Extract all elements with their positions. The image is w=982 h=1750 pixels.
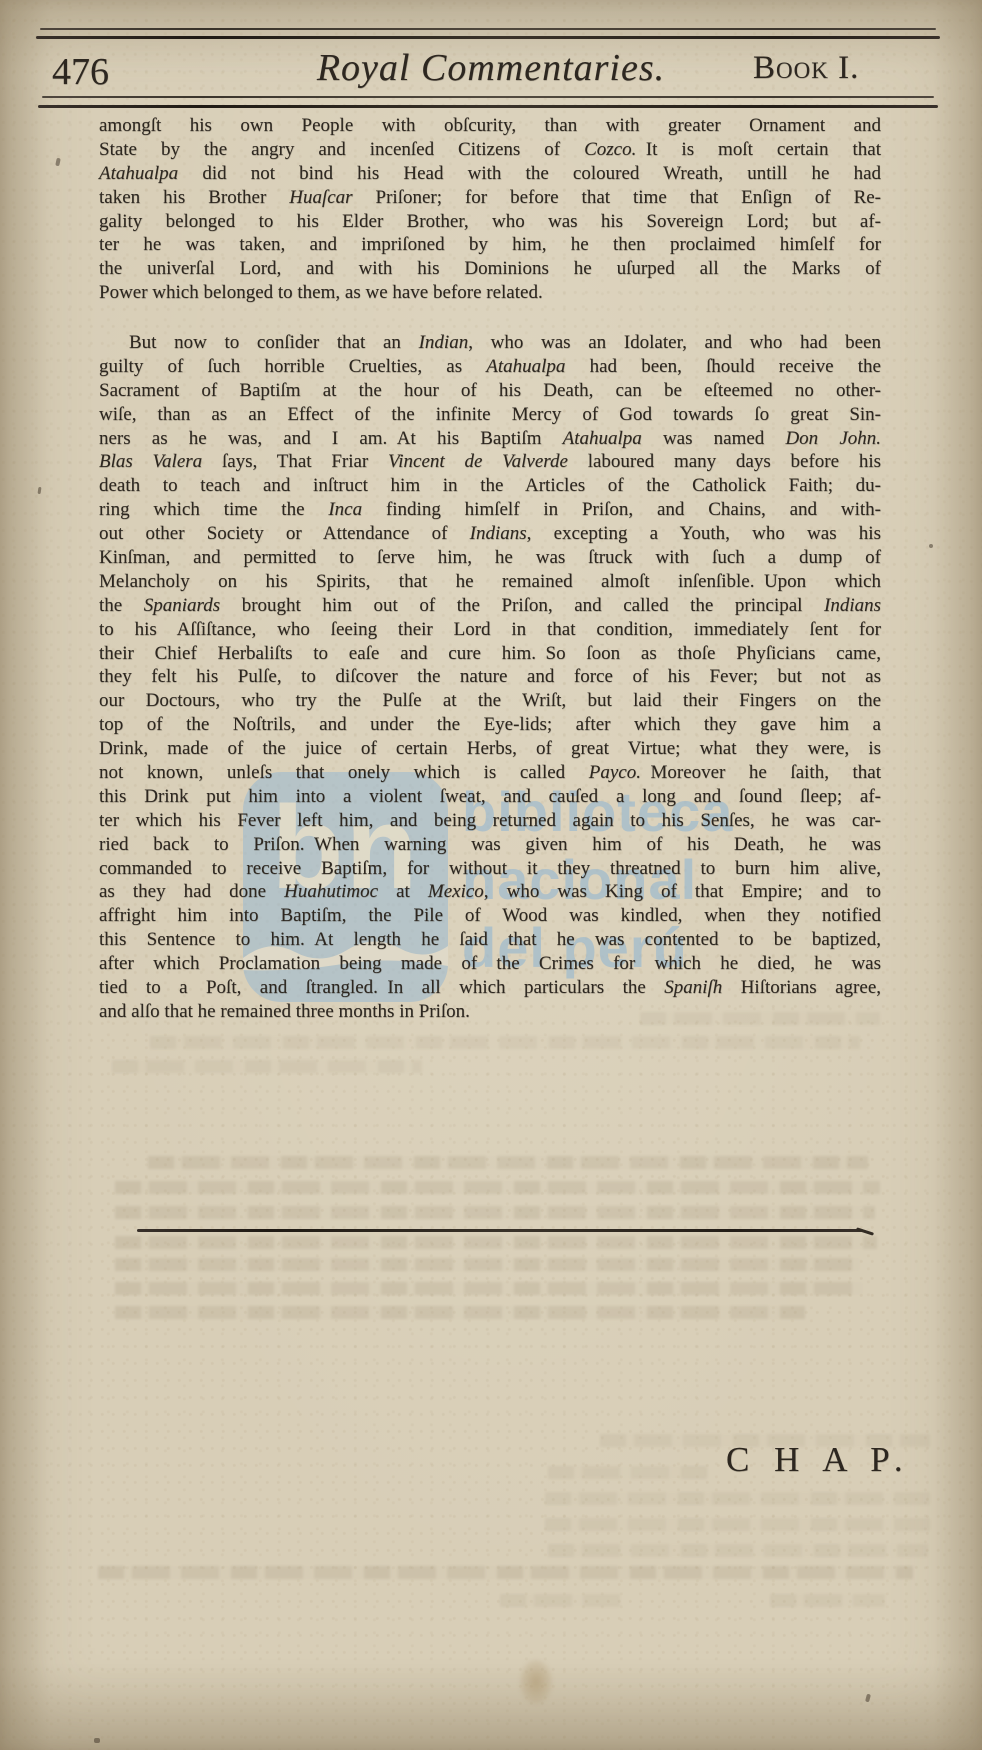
text-line: death to teach and inſtruct him in the A… — [99, 474, 881, 498]
text-line: after which Proclamation being made of t… — [99, 952, 881, 976]
text-line: taken his Brother Huaſcar Priſoner; for … — [99, 186, 881, 210]
text-line: wiſe, than as an Effect of the infinite … — [99, 403, 881, 427]
text-line: as they had done Huahutimoc at Mexico, w… — [99, 880, 881, 904]
text-line: out other Society or Attendance of India… — [99, 522, 881, 546]
header-rule-thick — [38, 105, 938, 108]
text-line: affright him into Baptiſm, the Pile of W… — [99, 904, 881, 928]
text-line: to his Aſſiſtance, who ſeeing their Lord… — [99, 618, 881, 642]
top-rule-thick — [36, 36, 940, 39]
text-line: amongſt his own People with obſcurity, t… — [99, 114, 881, 138]
text-line: ter he was taken, and impriſoned by him,… — [99, 233, 881, 257]
body-paragraph-1: amongſt his own People with obſcurity, t… — [99, 114, 881, 305]
text-line: Kinſman, and permitted to ſerve him, he … — [99, 546, 881, 570]
top-rule-thin — [40, 28, 936, 30]
text-line: Drink, made of the juice of certain Herb… — [99, 737, 881, 761]
catchword: C H A P. — [726, 1440, 911, 1480]
text-line: their Chief Herbaliſts to eaſe and cure … — [99, 642, 881, 666]
text-line: But now to conſider that an Indian, who … — [99, 331, 881, 355]
text-line: not known, unleſs that onely which is ca… — [99, 761, 881, 785]
text-line: the univerſal Lord, and with his Dominio… — [99, 257, 881, 281]
text-line: tied to a Poſt, and ſtrangled. In all wh… — [99, 976, 881, 1000]
book-label: Book I. — [753, 50, 859, 87]
text-line: guilty of ſuch horrible Cruelties, as At… — [99, 355, 881, 379]
text-line: they felt his Pulſe, to diſcover the nat… — [99, 665, 881, 689]
header-rule-thin — [42, 96, 934, 98]
body-paragraph-2: But now to conſider that an Indian, who … — [99, 331, 881, 1024]
section-rule — [137, 1229, 863, 1232]
text-line: Blas Valera ſays, That Friar Vincent de … — [99, 450, 881, 474]
book-page-scan: bn biblioteca nacional del perú 476 Roya… — [0, 0, 982, 1750]
text-line: Atahualpa did not bind his Head with the… — [99, 162, 881, 186]
text-line: gality belonged to his Elder Brother, wh… — [99, 210, 881, 234]
text-line: this Drink put him into a violent ſweat,… — [99, 785, 881, 809]
text-line: this Sentence to him. At length he ſaid … — [99, 928, 881, 952]
text-line: the Spaniards brought him out of the Pri… — [99, 594, 881, 618]
text-line: Melancholy on his Spirits, that he remai… — [99, 570, 881, 594]
text-line: Power which belonged to them, as we have… — [99, 281, 881, 305]
printed-text-layer: 476 Royal Commentaries. Book I. amongſt … — [0, 0, 982, 1750]
text-line: top of the Noſtrils, and under the Eye-l… — [99, 713, 881, 737]
text-line: State by the angry and incenſed Citizens… — [99, 138, 881, 162]
text-line: ners as he was, and I am. At his Baptiſm… — [99, 427, 881, 451]
text-line: ring which time the Inca finding himſelf… — [99, 498, 881, 522]
text-line: commanded to receive Baptiſm, for withou… — [99, 857, 881, 881]
text-line: ried back to Priſon. When warning was gi… — [99, 833, 881, 857]
text-line: ter which his Fever left him, and being … — [99, 809, 881, 833]
text-line: Sacrament of Baptiſm at the hour of his … — [99, 379, 881, 403]
text-line: our Doctours, who try the Pulſe at the W… — [99, 689, 881, 713]
text-line: and alſo that he remained three months i… — [99, 1000, 881, 1024]
